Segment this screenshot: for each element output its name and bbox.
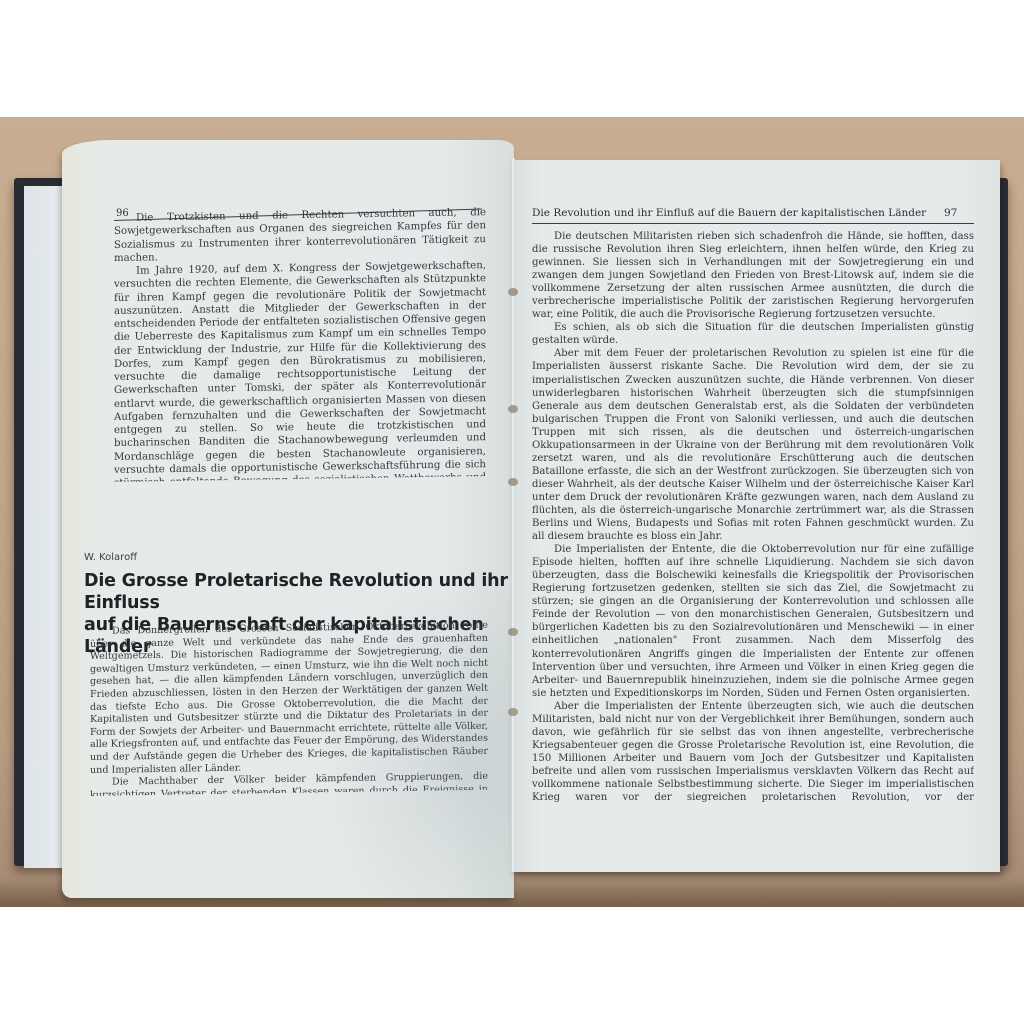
right-page-number: 97 — [944, 207, 957, 219]
article-body-text: Das Donnergrollen der Grossen Sozialisti… — [90, 620, 488, 796]
left-page: 96 Die Trotzkisten und die Rechten versu… — [62, 140, 514, 898]
paragraph: Die deutschen Militaristen rieben sich s… — [532, 230, 974, 321]
paragraph: Aber mit dem Feuer der proletarischen Re… — [532, 347, 974, 543]
binding-stitch — [508, 288, 518, 296]
left-body-text: Die Trotzkisten und die Rechten versucht… — [114, 206, 486, 482]
right-page: Die Revolution und ihr Einfluß auf die B… — [512, 160, 1000, 872]
paragraph: Im Jahre 1920, auf dem X. Kongress der S… — [114, 259, 486, 482]
paragraph: Die Trotzkisten und die Rechten versucht… — [114, 206, 486, 265]
paragraph: Aber die Imperialisten der Entente überz… — [532, 700, 974, 802]
binding-stitch — [508, 478, 518, 486]
paragraph: Die Imperialisten der Entente, die die O… — [532, 543, 974, 700]
binding-stitch — [508, 628, 518, 636]
right-body-text: Die deutschen Militaristen rieben sich s… — [532, 230, 974, 802]
article-title-line-1: Die Grosse Proletarische Revolution und … — [84, 570, 514, 614]
binding-stitch — [508, 405, 518, 413]
article-author: W. Kolaroff — [84, 552, 137, 563]
binding-stitch — [508, 708, 518, 716]
running-head: Die Revolution und ihr Einfluß auf die B… — [532, 207, 926, 219]
header-rule — [532, 223, 974, 224]
book-gutter — [511, 158, 515, 872]
paragraph: Das Donnergrollen der Grossen Sozialisti… — [90, 620, 488, 777]
paragraph: Es schien, als ob sich die Situation für… — [532, 321, 974, 347]
